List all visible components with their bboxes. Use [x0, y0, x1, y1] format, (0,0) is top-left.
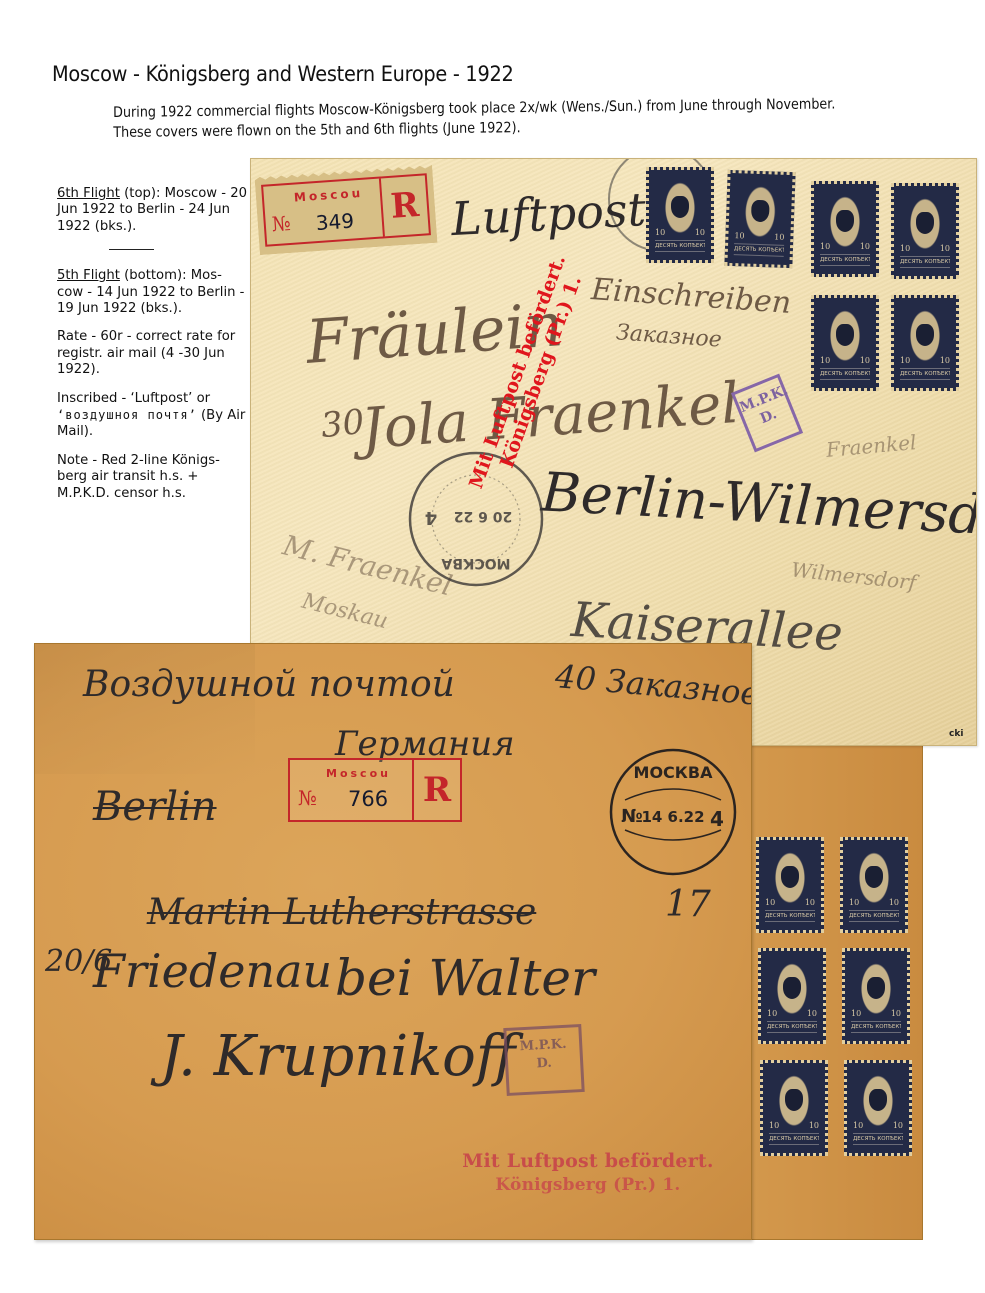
stamp: 1010ДЕСЯТЬ КОПѢЕКЪ	[891, 183, 959, 279]
stamp: 1010ДЕСЯТЬ КОПѢЕКЪ	[760, 1060, 828, 1156]
handwriting-air-mail: Воздушной почтой	[83, 664, 455, 705]
stamp-caption: ДЕСЯТЬ КОПѢЕКЪ	[853, 1133, 903, 1145]
registration-label-349: Moscou № 349 R	[254, 165, 437, 255]
handwriting-rate-registered: 40 Заказное	[554, 657, 752, 713]
censor-handstamp-mpkd: M.P.K. D.	[731, 374, 803, 453]
stamp: 1010ДЕСЯТЬ КОПѢЕКЪ	[811, 181, 879, 277]
stamp-value: 10	[940, 244, 950, 253]
inscribed-prefix: Inscribed - ‘Luftpost’ or	[57, 391, 210, 406]
stamp-caption: ДЕСЯТЬ КОПѢЕКЪ	[820, 254, 870, 266]
stamp-value: 10	[767, 1009, 777, 1018]
notes-column: 6th Flight (top): Moscow - 20 Jun 1922 t…	[57, 186, 247, 514]
registration-city: Moscou	[294, 186, 364, 205]
stamp-value: 10	[734, 231, 744, 240]
postmark-moscow-14-6-22: МОСКВА № 14 6.22 4	[603, 742, 743, 882]
transit-line-2: Königsberg (Pr.) 1.	[428, 1173, 748, 1197]
registration-city: Moscou	[326, 767, 391, 780]
registration-mark: R	[381, 175, 429, 236]
note-rate: Rate - 60r - correct rate for registr. a…	[57, 329, 247, 378]
stamp-caption: ДЕСЯТЬ КОПѢЕКЪ	[900, 368, 950, 380]
registration-label-frame: Moscou № 349 R	[261, 173, 431, 246]
eagle-icon	[916, 324, 934, 346]
eagle-icon	[836, 210, 854, 232]
handwriting-sender-city: Moskau	[299, 589, 390, 634]
note-handstamps: Note - Red 2-line Königs-berg air transi…	[57, 453, 247, 502]
stamp-caption: ДЕСЯТЬ КОПѢЕКЪ	[734, 243, 784, 257]
registration-number: 349	[315, 209, 355, 236]
registration-number: 766	[348, 787, 388, 811]
stamp-value: 10	[807, 1009, 817, 1018]
registration-label-left: Moscou № 349	[263, 178, 385, 244]
stamp-value: 10	[765, 898, 775, 907]
stamp: 1010ДЕСЯТЬ КОПѢЕКЪ	[811, 295, 879, 391]
postmark-number-prefix: №	[621, 806, 643, 827]
registration-mark: R	[414, 760, 460, 820]
stamp: 1010ДЕСЯТЬ КОПѢЕКЪ	[840, 837, 908, 933]
stamp: 1010ДЕСЯТЬ КОПѢЕКЪ	[724, 170, 795, 268]
stamp-value: 10	[774, 233, 784, 242]
stamp-value: 10	[900, 244, 910, 253]
printer-imprint: cki	[949, 729, 963, 739]
handwriting-city-struck: Berlin	[93, 784, 217, 830]
eagle-icon	[836, 324, 854, 346]
handwriting-street-struck: Martin Lutherstrasse	[147, 892, 536, 933]
handwriting-recipient: J. Krupnikoff	[160, 1024, 516, 1089]
handwriting-new-city: Friedenau	[93, 944, 332, 998]
page-title: Moscow - Königsberg and Western Europe -…	[52, 62, 513, 86]
postmark-city: МОСКВА	[441, 555, 510, 571]
intro-paragraph: During 1922 commercial flights Moscow-Kö…	[113, 94, 844, 143]
eagle-icon	[751, 200, 770, 223]
transit-line-1: Mit Luftpost befördert.	[428, 1149, 748, 1173]
stamp-value: 10	[893, 1121, 903, 1130]
stamp-value: 10	[860, 356, 870, 365]
cover-5th-flight: Воздушной почтой 40 Заказное Германия Be…	[34, 643, 752, 1240]
handwriting-pencil-wilmersdorf: Wilmersdorf	[790, 558, 917, 595]
eagle-icon	[785, 1089, 803, 1111]
registration-label-766: Moscou № 766 R	[288, 758, 462, 822]
postmark-number: 4	[710, 807, 724, 831]
stamp-value: 10	[889, 898, 899, 907]
number-sign: №	[271, 211, 292, 236]
stamp-value: 10	[853, 1121, 863, 1130]
stamp-caption: ДЕСЯТЬ КОПѢЕКЪ	[765, 910, 815, 922]
stamp-value: 10	[851, 1009, 861, 1018]
registration-label-left: Moscou № 766	[290, 760, 414, 820]
handwriting-pencil-fraenkel: Fraenkel	[825, 430, 917, 462]
eagle-icon	[783, 977, 801, 999]
stamp: 1010ДЕСЯТЬ КОПѢЕКЪ	[646, 167, 714, 263]
notes-divider	[109, 249, 154, 250]
stamp: 1010ДЕСЯТЬ КОПѢЕКЪ	[842, 948, 910, 1044]
censor-line-2: D.	[508, 1053, 581, 1075]
handwriting-luftpost: Luftpost	[450, 182, 647, 246]
eagle-icon	[916, 212, 934, 234]
stamp-value: 10	[809, 1121, 819, 1130]
stamp-value: 10	[769, 1121, 779, 1130]
stamp-value: 10	[695, 228, 705, 237]
eagle-icon	[671, 196, 689, 218]
stamp-caption: ДЕСЯТЬ КОПѢЕКЪ	[767, 1021, 817, 1033]
fifth-flight-heading: 5th Flight	[57, 268, 120, 283]
transit-handstamp-red: Mit Luftpost befördert. Königsberg (Pr.)…	[428, 1149, 748, 1197]
note-inscribed: Inscribed - ‘Luftpost’ or ‘воздушноя поч…	[57, 391, 247, 441]
note-fifth-flight: 5th Flight (bottom): Mos-cow - 14 Jun 19…	[57, 268, 247, 317]
note-sixth-flight: 6th Flight (top): Moscow - 20 Jun 1922 t…	[57, 186, 247, 235]
stamp-value: 10	[900, 356, 910, 365]
stamp-value: 10	[820, 356, 830, 365]
eagle-icon	[781, 866, 799, 888]
stamp-caption: ДЕСЯТЬ КОПѢЕКЪ	[849, 910, 899, 922]
eagle-icon	[869, 1089, 887, 1111]
stamp-caption: ДЕСЯТЬ КОПѢЕКЪ	[820, 368, 870, 380]
stamp-value: 10	[805, 898, 815, 907]
handwriting-street-number: 17	[665, 884, 711, 925]
postmark-city: МОСКВА	[634, 763, 714, 782]
handwriting-city: Berlin-Wilmersdorf	[540, 460, 977, 550]
inscribed-cyrillic: ‘воздушноя почтя’	[57, 408, 197, 422]
number-sign: №	[298, 786, 317, 810]
stamp-value: 10	[860, 242, 870, 251]
stamp-value: 10	[820, 242, 830, 251]
stamp: 1010ДЕСЯТЬ КОПѢЕКЪ	[844, 1060, 912, 1156]
stamp-value: 10	[940, 356, 950, 365]
stamp: 1010ДЕСЯТЬ КОПѢЕКЪ	[758, 948, 826, 1044]
handwriting-care-of: bei Walter	[335, 949, 595, 1007]
stamp-caption: ДЕСЯТЬ КОПѢЕКЪ	[900, 256, 950, 268]
handwriting-einschreiben: Einschreiben	[590, 272, 792, 321]
eagle-icon	[865, 866, 883, 888]
stamp-value: 10	[655, 228, 665, 237]
stamp-value: 10	[891, 1009, 901, 1018]
handwriting-zakaznoe: Заказное	[615, 320, 722, 352]
stamp: 1010ДЕСЯТЬ КОПѢЕКЪ	[756, 837, 824, 933]
stamp-caption: ДЕСЯТЬ КОПѢЕКЪ	[655, 240, 705, 252]
stamp: 1010ДЕСЯТЬ КОПѢЕКЪ	[891, 295, 959, 391]
censor-handstamp-mpkd: M.P.K. D.	[503, 1024, 584, 1096]
postmark-date: 14 6.22	[641, 808, 704, 826]
sixth-flight-heading: 6th Flight	[57, 186, 120, 201]
stamp-caption: ДЕСЯТЬ КОПѢЕКЪ	[851, 1021, 901, 1033]
eagle-icon	[867, 977, 885, 999]
stamp-caption: ДЕСЯТЬ КОПѢЕКЪ	[769, 1133, 819, 1145]
stamp-value: 10	[849, 898, 859, 907]
postmark-date: 20 6 22	[454, 508, 512, 524]
postmark-number: 4	[425, 507, 438, 528]
